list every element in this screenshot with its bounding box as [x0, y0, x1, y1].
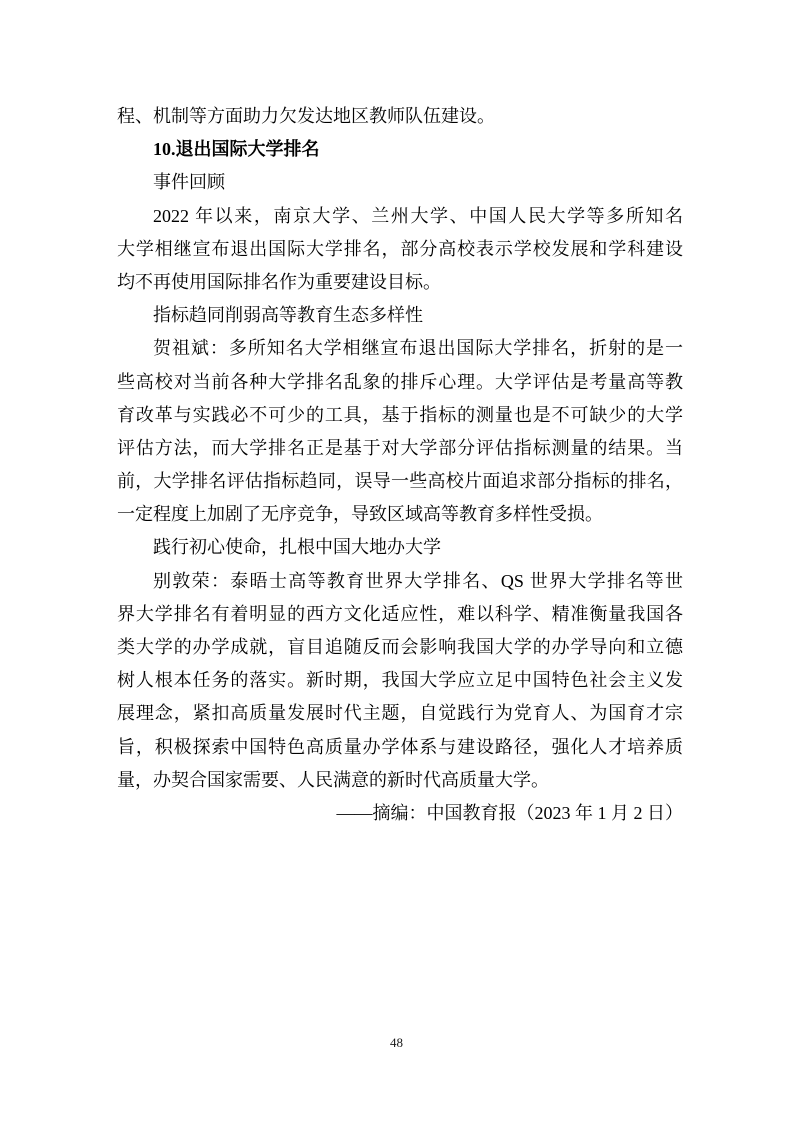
page-number: 48 [390, 1035, 403, 1050]
body-line: 树人根本任务的落实。新时期，我国大学应立足中国特色社会主义发 [117, 664, 683, 697]
body-line: 一定程度上加剧了无序竞争，导致区域高等教育多样性受损。 [117, 498, 683, 531]
body-line: 评估方法，而大学排名正是基于对大学部分评估指标测量的结果。当 [117, 432, 683, 465]
body-line: 育改革与实践必不可少的工具，基于指标的测量也是不可缺少的大学 [117, 399, 683, 432]
body-line: 2022 年以来，南京大学、兰州大学、中国人民大学等多所知名 [117, 200, 683, 233]
body-line: 界大学排名有着明显的西方文化适应性，难以科学、精准衡量我国各 [117, 598, 683, 631]
document-page: 程、机制等方面助力欠发达地区教师队伍建设。 10.退出国际大学排名 事件回顾 2… [0, 0, 793, 1122]
body-line: 贺祖斌：多所知名大学相继宣布退出国际大学排名，折射的是一 [117, 332, 683, 365]
body-line: 旨，积极探索中国特色高质量办学体系与建设路径，强化人才培养质 [117, 731, 683, 764]
body-line: 大学相继宣布退出国际大学排名，部分高校表示学校发展和学科建设 [117, 233, 683, 266]
subheading-indicator-convergence: 指标趋同削弱高等教育生态多样性 [117, 299, 683, 332]
page-footer: 48 [0, 1034, 793, 1052]
body-line: 量，办契合国家需要、人民满意的新时代高质量大学。 [117, 764, 683, 797]
body-line: 展理念，紧扣高质量发展时代主题，自觉践行为党育人、为国育才宗 [117, 697, 683, 730]
document-body: 程、机制等方面助力欠发达地区教师队伍建设。 10.退出国际大学排名 事件回顾 2… [117, 100, 683, 830]
section-heading-10: 10.退出国际大学排名 [117, 133, 683, 166]
source-attribution-line: ——摘编：中国教育报（2023 年 1 月 2 日） [117, 797, 683, 830]
body-line: 类大学的办学成就，盲目追随反而会影响我国大学的办学导向和立德 [117, 631, 683, 664]
body-line: 别敦荣：泰晤士高等教育世界大学排名、QS 世界大学排名等世 [117, 565, 683, 598]
body-line: 些高校对当前各种大学排名乱象的排斥心理。大学评估是考量高等教 [117, 366, 683, 399]
subheading-event-review: 事件回顾 [117, 166, 683, 199]
body-line: 均不再使用国际排名作为重要建设目标。 [117, 266, 683, 299]
body-line: 程、机制等方面助力欠发达地区教师队伍建设。 [117, 100, 683, 133]
body-line: 前，大学排名评估指标趋同，误导一些高校片面追求部分指标的排名， [117, 465, 683, 498]
subheading-mission: 践行初心使命，扎根中国大地办大学 [117, 531, 683, 564]
